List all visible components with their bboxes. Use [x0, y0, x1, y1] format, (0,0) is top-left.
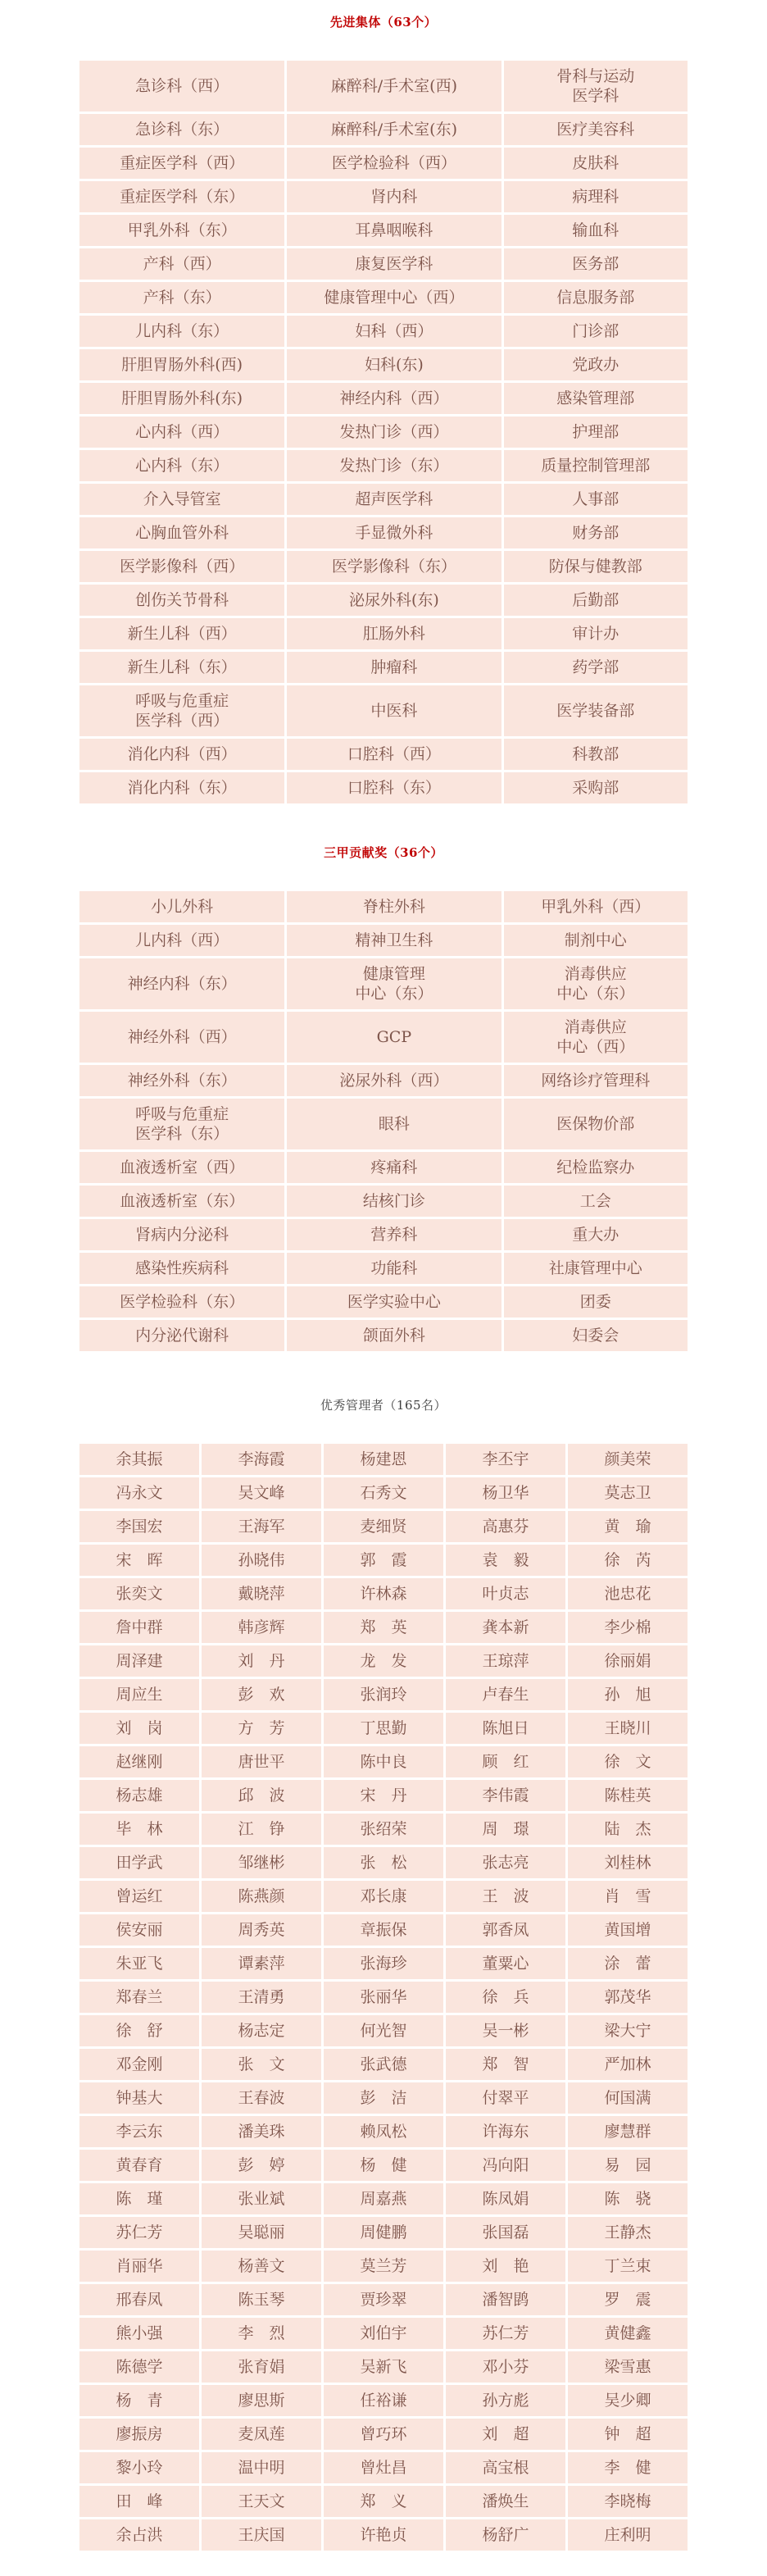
- award-cell: 新生儿科（西）: [79, 618, 284, 649]
- award-cell: 邢春凤: [79, 2284, 199, 2315]
- award-cell: 郑春兰: [79, 1982, 199, 2013]
- award-cell: 刘伯宇: [324, 2318, 443, 2349]
- table-row: 陈 瑾张业斌周嘉燕陈凤娟陈 骁: [79, 2183, 688, 2214]
- award-cell: 医疗美容科: [504, 114, 688, 145]
- award-cell: 莫兰芳: [324, 2251, 443, 2282]
- award-cell: 创伤关节骨科: [79, 585, 284, 616]
- award-cell: 宋 晖: [79, 1545, 199, 1576]
- award-cell: 妇科(东): [287, 349, 501, 380]
- award-cell: 任裕谦: [324, 2385, 443, 2416]
- award-cell: 徐 芮: [568, 1545, 688, 1576]
- award-cell: 营养科: [287, 1219, 501, 1250]
- award-cell: 医保物价部: [504, 1099, 688, 1149]
- award-cell: 黄 瑜: [568, 1511, 688, 1542]
- award-cell: 急诊科（东）: [79, 114, 284, 145]
- award-cell: 后勤部: [504, 585, 688, 616]
- section-title-advanced-collectives: 先进集体（63个）: [0, 13, 767, 30]
- award-cell: 泌尿外科（西）: [287, 1065, 501, 1096]
- table-row: 新生儿科（东）肿瘤科药学部: [79, 652, 688, 683]
- table-row: 徐 舒杨志定何光智吴一彬梁大宁: [79, 2015, 688, 2046]
- award-cell: 田学武: [79, 1847, 199, 1878]
- award-cell: 陈中良: [324, 1746, 443, 1777]
- table-row: 产科（西）康复医学科医务部: [79, 248, 688, 280]
- award-cell: 口腔科（西）: [287, 739, 501, 770]
- award-cell: 吴聪丽: [202, 2217, 321, 2248]
- award-cell: 肝胆胃肠外科(东): [79, 383, 284, 414]
- award-cell: 疼痛科: [287, 1152, 501, 1183]
- award-cell: 信息服务部: [504, 282, 688, 313]
- award-cell: 医学实验中心: [287, 1286, 501, 1318]
- table-row: 血液透析室（东）结核门诊工会: [79, 1186, 688, 1217]
- award-cell: 发热门诊（西）: [287, 416, 501, 448]
- award-cell: 钟 超: [568, 2419, 688, 2450]
- award-cell: 郑 义: [324, 2486, 443, 2517]
- award-cell: 陈德学: [79, 2351, 199, 2383]
- award-cell: 神经内科（东）: [79, 958, 284, 1009]
- award-cell: 肿瘤科: [287, 652, 501, 683]
- award-cell: 刘 丹: [202, 1645, 321, 1677]
- award-cell: 儿内科（西）: [79, 925, 284, 956]
- award-cell: 冯永文: [79, 1477, 199, 1509]
- award-cell: 李伟霞: [446, 1780, 565, 1811]
- table-row: 刘 岗方 芳丁思勤陈旭日王晓川: [79, 1713, 688, 1744]
- award-cell: 医务部: [504, 248, 688, 280]
- award-cell: 黄健鑫: [568, 2318, 688, 2349]
- award-cell: 曾运红: [79, 1881, 199, 1912]
- award-cell: 妇科（西）: [287, 316, 501, 347]
- award-cell: 池忠花: [568, 1578, 688, 1609]
- award-cell: 陈燕颜: [202, 1881, 321, 1912]
- award-cell: 刘 艳: [446, 2251, 565, 2282]
- award-cell: 何国满: [568, 2082, 688, 2114]
- award-cell: 张育娟: [202, 2351, 321, 2383]
- award-cell: 廖思斯: [202, 2385, 321, 2416]
- award-cell: 神经外科（西）: [79, 1012, 284, 1063]
- award-cell: 余其振: [79, 1444, 199, 1475]
- award-cell: 杨建恩: [324, 1444, 443, 1475]
- award-cell: 血液透析室（西）: [79, 1152, 284, 1183]
- award-cell: 潘智鹍: [446, 2284, 565, 2315]
- award-cell: 王静杰: [568, 2217, 688, 2248]
- table-row: 心内科（西）发热门诊（西）护理部: [79, 416, 688, 448]
- award-cell: 健康管理 中心（东）: [287, 958, 501, 1009]
- award-cell: 肖丽华: [79, 2251, 199, 2282]
- award-cell: 心内科（东）: [79, 450, 284, 481]
- award-cell: 新生儿科（东）: [79, 652, 284, 683]
- award-cell: 袁 毅: [446, 1545, 565, 1576]
- award-cell: 手显微外科: [287, 517, 501, 548]
- award-cell: 郑 智: [446, 2049, 565, 2080]
- table-row: 毕 林江 铮张绍荣周 璟陆 杰: [79, 1814, 688, 1845]
- table-row: 苏仁芳吴聪丽周健鹏张国磊王静杰: [79, 2217, 688, 2248]
- award-cell: 张 文: [202, 2049, 321, 2080]
- award-cell: 李国宏: [79, 1511, 199, 1542]
- award-cell: 发热门诊（东）: [287, 450, 501, 481]
- award-cell: 质量控制管理部: [504, 450, 688, 481]
- award-cell: 肝胆胃肠外科(西): [79, 349, 284, 380]
- award-cell: 叶贞志: [446, 1578, 565, 1609]
- award-cell: 急诊科（西）: [79, 61, 284, 112]
- award-cell: 儿内科（东）: [79, 316, 284, 347]
- table-row: 小儿外科脊柱外科甲乳外科（西）: [79, 891, 688, 922]
- award-cell: 高惠芬: [446, 1511, 565, 1542]
- award-cell: 张业斌: [202, 2183, 321, 2214]
- table-row: 朱亚飞谭素萍张海珍董粟心涂 蕾: [79, 1948, 688, 1979]
- award-cell: 苏仁芳: [446, 2318, 565, 2349]
- award-cell: 周秀英: [202, 1914, 321, 1946]
- award-cell: 护理部: [504, 416, 688, 448]
- award-cell: 王天文: [202, 2486, 321, 2517]
- award-cell: 曾巧环: [324, 2419, 443, 2450]
- award-cell: 呼吸与危重症 医学科（西）: [79, 685, 284, 736]
- award-cell: 章振保: [324, 1914, 443, 1946]
- award-cell: 许海东: [446, 2116, 565, 2147]
- award-cell: 吴少卿: [568, 2385, 688, 2416]
- award-cell: 耳鼻咽喉科: [287, 215, 501, 246]
- table-row: 重症医学科（东）肾内科病理科: [79, 181, 688, 212]
- award-cell: 孙 旭: [568, 1679, 688, 1710]
- award-cell: 团委: [504, 1286, 688, 1318]
- award-cell: 郭 霞: [324, 1545, 443, 1576]
- table-row: 神经外科（东）泌尿外科（西）网络诊疗管理科: [79, 1065, 688, 1096]
- table-row: 黎小玲温中明曾灶昌高宝根李 健: [79, 2452, 688, 2483]
- award-cell: 肛肠外科: [287, 618, 501, 649]
- award-cell: 黄国增: [568, 1914, 688, 1946]
- award-cell: 刘 超: [446, 2419, 565, 2450]
- section-advanced-collectives: 先进集体（63个） 急诊科（西）麻醉科/手术室(西)骨科与运动 医学科急诊科（东…: [0, 13, 767, 806]
- award-cell: 李 烈: [202, 2318, 321, 2349]
- awards-document: 先进集体（63个） 急诊科（西）麻醉科/手术室(西)骨科与运动 医学科急诊科（东…: [0, 0, 767, 2576]
- award-cell: 莫志卫: [568, 1477, 688, 1509]
- table-row: 熊小强李 烈刘伯宇苏仁芳黄健鑫: [79, 2318, 688, 2349]
- award-cell: 甲乳外科（西）: [504, 891, 688, 922]
- award-cell: 杨志定: [202, 2015, 321, 2046]
- section-title-excellent-managers: 优秀管理者（165名）: [0, 1396, 767, 1413]
- award-cell: 党政办: [504, 349, 688, 380]
- award-cell: 制剂中心: [504, 925, 688, 956]
- award-cell: 内分泌代谢科: [79, 1320, 284, 1351]
- award-cell: 陈旭日: [446, 1713, 565, 1744]
- award-cell: 工会: [504, 1186, 688, 1217]
- table-row: 冯永文吴文峰石秀文杨卫华莫志卫: [79, 1477, 688, 1509]
- award-cell: 董粟心: [446, 1948, 565, 1979]
- award-cell: 神经外科（东）: [79, 1065, 284, 1096]
- table-row: 曾运红陈燕颜邓长康王 波肖 雪: [79, 1881, 688, 1912]
- award-cell: 药学部: [504, 652, 688, 683]
- award-cell: 消化内科（西）: [79, 739, 284, 770]
- award-cell: 郑 英: [324, 1612, 443, 1643]
- award-cell: 孙晓伟: [202, 1545, 321, 1576]
- award-cell: 消毒供应 中心（东）: [504, 958, 688, 1009]
- award-cell: 输血科: [504, 215, 688, 246]
- award-cell: 人事部: [504, 484, 688, 515]
- award-cell: 李少棉: [568, 1612, 688, 1643]
- table-row: 医学影像科（西）医学影像科（东）防保与健教部: [79, 551, 688, 582]
- table-row: 重症医学科（西）医学检验科（西）皮肤科: [79, 148, 688, 179]
- award-cell: 郭香凤: [446, 1914, 565, 1946]
- award-cell: 钟基大: [79, 2082, 199, 2114]
- award-cell: 骨科与运动 医学科: [504, 61, 688, 112]
- award-cell: 杨卫华: [446, 1477, 565, 1509]
- table-row: 杨 青廖思斯任裕谦孙方彪吴少卿: [79, 2385, 688, 2416]
- award-cell: 龚本新: [446, 1612, 565, 1643]
- table-row: 邓金刚张 文张武德郑 智严加林: [79, 2049, 688, 2080]
- award-cell: 曾灶昌: [324, 2452, 443, 2483]
- table-row: 陈德学张育娟吴新飞邓小芬梁雪惠: [79, 2351, 688, 2383]
- award-cell: 防保与健教部: [504, 551, 688, 582]
- award-cell: 精神卫生科: [287, 925, 501, 956]
- table-row: 余其振李海霞杨建恩李丕宇颜美荣: [79, 1444, 688, 1475]
- award-cell: 心胸血管外科: [79, 517, 284, 548]
- award-cell: 宋 丹: [324, 1780, 443, 1811]
- award-cell: 医学影像科（东）: [287, 551, 501, 582]
- award-cell: 邓长康: [324, 1881, 443, 1912]
- award-cell: 徐 文: [568, 1746, 688, 1777]
- award-cell: 王晓川: [568, 1713, 688, 1744]
- award-cell: 网络诊疗管理科: [504, 1065, 688, 1096]
- award-cell: 吴文峰: [202, 1477, 321, 1509]
- award-cell: 超声医学科: [287, 484, 501, 515]
- award-cell: 张奕文: [79, 1578, 199, 1609]
- award-cell: 陈 瑾: [79, 2183, 199, 2214]
- award-cell: 介入导管室: [79, 484, 284, 515]
- award-cell: 潘焕生: [446, 2486, 565, 2517]
- award-cell: 审计办: [504, 618, 688, 649]
- award-cell: 张润玲: [324, 1679, 443, 1710]
- award-cell: 神经内科（西）: [287, 383, 501, 414]
- table-row: 肾病内分泌科营养科重大办: [79, 1219, 688, 1250]
- award-cell: 冯向阳: [446, 2150, 565, 2181]
- award-cell: 唐世平: [202, 1746, 321, 1777]
- award-cell: 感染性疾病科: [79, 1253, 284, 1284]
- award-cell: 消化内科（东）: [79, 772, 284, 803]
- award-cell: 彭 婷: [202, 2150, 321, 2181]
- award-cell: 医学检验科（西）: [287, 148, 501, 179]
- award-cell: 贾珍翠: [324, 2284, 443, 2315]
- award-cell: 财务部: [504, 517, 688, 548]
- award-cell: 吴一彬: [446, 2015, 565, 2046]
- table-row: 内分泌代谢科颌面外科妇委会: [79, 1320, 688, 1351]
- award-cell: 廖慧群: [568, 2116, 688, 2147]
- award-cell: 韩彦辉: [202, 1612, 321, 1643]
- award-cell: 麻醉科/手术室(西): [287, 61, 501, 112]
- award-cell: 功能科: [287, 1253, 501, 1284]
- table-row: 急诊科（东）麻醉科/手术室(东)医疗美容科: [79, 114, 688, 145]
- section-title-sanjia-contribution-awards: 三甲贡献奖（36个）: [0, 844, 767, 861]
- award-cell: 高宝根: [446, 2452, 565, 2483]
- award-cell: 张武德: [324, 2049, 443, 2080]
- award-cell: 医学装备部: [504, 685, 688, 736]
- table-row: 儿内科（西）精神卫生科制剂中心: [79, 925, 688, 956]
- award-cell: 许艳贞: [324, 2519, 443, 2551]
- award-cell: 重大办: [504, 1219, 688, 1250]
- table-row: 肝胆胃肠外科(东)神经内科（西）感染管理部: [79, 383, 688, 414]
- table-row: 心内科（东）发热门诊（东）质量控制管理部: [79, 450, 688, 481]
- table-row: 血液透析室（西）疼痛科纪检监察办: [79, 1152, 688, 1183]
- table-row: 消化内科（西）口腔科（西）科教部: [79, 739, 688, 770]
- table-row: 产科（东）健康管理中心（西）信息服务部: [79, 282, 688, 313]
- award-cell: 徐丽娟: [568, 1645, 688, 1677]
- table-row: 新生儿科（西）肛肠外科审计办: [79, 618, 688, 649]
- award-cell: 朱亚飞: [79, 1948, 199, 1979]
- award-cell: 王海军: [202, 1511, 321, 1542]
- advanced-collectives-table: 急诊科（西）麻醉科/手术室(西)骨科与运动 医学科急诊科（东）麻醉科/手术室(东…: [77, 58, 690, 806]
- award-cell: 易 园: [568, 2150, 688, 2181]
- award-cell: 重症医学科（东）: [79, 181, 284, 212]
- award-cell: 小儿外科: [79, 891, 284, 922]
- table-row: 周应生彭 欢张润玲卢春生孙 旭: [79, 1679, 688, 1710]
- table-row: 呼吸与危重症 医学科（东）眼科医保物价部: [79, 1099, 688, 1149]
- table-row: 赵继刚唐世平陈中良顾 红徐 文: [79, 1746, 688, 1777]
- award-cell: 熊小强: [79, 2318, 199, 2349]
- table-row: 杨志雄邱 波宋 丹李伟霞陈桂英: [79, 1780, 688, 1811]
- award-cell: 李 健: [568, 2452, 688, 2483]
- award-cell: 顾 红: [446, 1746, 565, 1777]
- table-row: 李云东潘美珠赖凤松许海东廖慧群: [79, 2116, 688, 2147]
- award-cell: 吴新飞: [324, 2351, 443, 2383]
- award-cell: 王春波: [202, 2082, 321, 2114]
- award-cell: 医学检验科（东）: [79, 1286, 284, 1318]
- award-cell: 严加林: [568, 2049, 688, 2080]
- award-cell: 张海珍: [324, 1948, 443, 1979]
- award-cell: 杨善文: [202, 2251, 321, 2282]
- sanjia-contribution-table: 小儿外科脊柱外科甲乳外科（西）儿内科（西）精神卫生科制剂中心神经内科（东）健康管…: [77, 889, 690, 1354]
- award-cell: 皮肤科: [504, 148, 688, 179]
- award-cell: 张 松: [324, 1847, 443, 1878]
- award-cell: 张国磊: [446, 2217, 565, 2248]
- table-row: 邢春凤陈玉琴贾珍翠潘智鹍罗 震: [79, 2284, 688, 2315]
- section-excellent-managers: 优秀管理者（165名） 余其振李海霞杨建恩李丕宇颜美荣冯永文吴文峰石秀文杨卫华莫…: [0, 1396, 767, 2553]
- award-cell: 杨志雄: [79, 1780, 199, 1811]
- award-cell: 杨舒广: [446, 2519, 565, 2551]
- award-cell: 刘 岗: [79, 1713, 199, 1744]
- award-cell: 脊柱外科: [287, 891, 501, 922]
- table-row: 心胸血管外科手显微外科财务部: [79, 517, 688, 548]
- award-cell: 心内科（西）: [79, 416, 284, 448]
- award-cell: 肾病内分泌科: [79, 1219, 284, 1250]
- table-row: 宋 晖孙晓伟郭 霞袁 毅徐 芮: [79, 1545, 688, 1576]
- award-cell: 李丕宇: [446, 1444, 565, 1475]
- table-row: 田 峰王天文郑 义潘焕生李晓梅: [79, 2486, 688, 2517]
- award-cell: 张丽华: [324, 1982, 443, 2013]
- award-cell: 陈玉琴: [202, 2284, 321, 2315]
- award-cell: 甲乳外科（东）: [79, 215, 284, 246]
- award-cell: 纪检监察办: [504, 1152, 688, 1183]
- award-cell: 刘桂林: [568, 1847, 688, 1878]
- award-cell: 彭 欢: [202, 1679, 321, 1710]
- award-cell: 梁大宁: [568, 2015, 688, 2046]
- award-cell: 感染管理部: [504, 383, 688, 414]
- award-cell: 李海霞: [202, 1444, 321, 1475]
- award-cell: 邱 波: [202, 1780, 321, 1811]
- table-row: 创伤关节骨科泌尿外科(东)后勤部: [79, 585, 688, 616]
- table-row: 感染性疾病科功能科社康管理中心: [79, 1253, 688, 1284]
- table-row: 侯安丽周秀英章振保郭香凤黄国增: [79, 1914, 688, 1946]
- table-row: 郑春兰王清勇张丽华徐 兵郭茂华: [79, 1982, 688, 2013]
- table-row: 廖振房麦凤莲曾巧环刘 超钟 超: [79, 2419, 688, 2450]
- table-row: 钟基大王春波彭 洁付翠平何国满: [79, 2082, 688, 2114]
- award-cell: 产科（东）: [79, 282, 284, 313]
- table-row: 呼吸与危重症 医学科（西）中医科医学装备部: [79, 685, 688, 736]
- award-cell: 付翠平: [446, 2082, 565, 2114]
- award-cell: 陈凤娟: [446, 2183, 565, 2214]
- award-cell: 郭茂华: [568, 1982, 688, 2013]
- award-cell: 周应生: [79, 1679, 199, 1710]
- table-row: 甲乳外科（东）耳鼻咽喉科输血科: [79, 215, 688, 246]
- table-row: 田学武邹继彬张 松张志亮刘桂林: [79, 1847, 688, 1878]
- award-cell: 消毒供应 中心（西）: [504, 1012, 688, 1063]
- award-cell: 苏仁芳: [79, 2217, 199, 2248]
- award-cell: 梁雪惠: [568, 2351, 688, 2383]
- award-cell: 产科（西）: [79, 248, 284, 280]
- table-row: 急诊科（西）麻醉科/手术室(西)骨科与运动 医学科: [79, 61, 688, 112]
- table-row: 詹中群韩彦辉郑 英龚本新李少棉: [79, 1612, 688, 1643]
- award-cell: 詹中群: [79, 1612, 199, 1643]
- award-cell: 龙 发: [324, 1645, 443, 1677]
- award-cell: 病理科: [504, 181, 688, 212]
- award-cell: 丁思勤: [324, 1713, 443, 1744]
- award-cell: 麻醉科/手术室(东): [287, 114, 501, 145]
- award-cell: 陈 骁: [568, 2183, 688, 2214]
- award-cell: 何光智: [324, 2015, 443, 2046]
- award-cell: 罗 震: [568, 2284, 688, 2315]
- award-cell: 王庆国: [202, 2519, 321, 2551]
- table-row: 介入导管室超声医学科人事部: [79, 484, 688, 515]
- award-cell: 张志亮: [446, 1847, 565, 1878]
- award-cell: 王 波: [446, 1881, 565, 1912]
- award-cell: 潘美珠: [202, 2116, 321, 2147]
- table-row: 儿内科（东）妇科（西）门诊部: [79, 316, 688, 347]
- award-cell: 侯安丽: [79, 1914, 199, 1946]
- award-cell: 张绍荣: [324, 1814, 443, 1845]
- award-cell: 庄利明: [568, 2519, 688, 2551]
- award-cell: 孙方彪: [446, 2385, 565, 2416]
- award-cell: 李云东: [79, 2116, 199, 2147]
- table-row: 余占洪王庆国许艳贞杨舒广庄利明: [79, 2519, 688, 2551]
- award-cell: 麦细贤: [324, 1511, 443, 1542]
- award-cell: 杨 青: [79, 2385, 199, 2416]
- award-cell: 温中明: [202, 2452, 321, 2483]
- table-row: 周泽建刘 丹龙 发王琼萍徐丽娟: [79, 1645, 688, 1677]
- award-cell: 戴晓萍: [202, 1578, 321, 1609]
- award-cell: 颜美荣: [568, 1444, 688, 1475]
- award-cell: 邹继彬: [202, 1847, 321, 1878]
- award-cell: 杨 健: [324, 2150, 443, 2181]
- award-cell: 廖振房: [79, 2419, 199, 2450]
- award-cell: 眼科: [287, 1099, 501, 1149]
- award-cell: 王琼萍: [446, 1645, 565, 1677]
- award-cell: 丁兰束: [568, 2251, 688, 2282]
- award-cell: 石秀文: [324, 1477, 443, 1509]
- award-cell: 社康管理中心: [504, 1253, 688, 1284]
- award-cell: 黄春育: [79, 2150, 199, 2181]
- table-row: 医学检验科（东）医学实验中心团委: [79, 1286, 688, 1318]
- excellent-managers-table: 余其振李海霞杨建恩李丕宇颜美荣冯永文吴文峰石秀文杨卫华莫志卫李国宏王海军麦细贤高…: [77, 1441, 690, 2553]
- award-cell: 采购部: [504, 772, 688, 803]
- award-cell: 健康管理中心（西）: [287, 282, 501, 313]
- award-cell: 康复医学科: [287, 248, 501, 280]
- table-row: 消化内科（东）口腔科（东）采购部: [79, 772, 688, 803]
- award-cell: 田 峰: [79, 2486, 199, 2517]
- award-cell: 陈桂英: [568, 1780, 688, 1811]
- award-cell: 周健鹏: [324, 2217, 443, 2248]
- award-cell: 血液透析室（东）: [79, 1186, 284, 1217]
- award-cell: 科教部: [504, 739, 688, 770]
- award-cell: 彭 洁: [324, 2082, 443, 2114]
- award-cell: 赵继刚: [79, 1746, 199, 1777]
- table-row: 肝胆胃肠外科(西)妇科(东)党政办: [79, 349, 688, 380]
- award-cell: 江 铮: [202, 1814, 321, 1845]
